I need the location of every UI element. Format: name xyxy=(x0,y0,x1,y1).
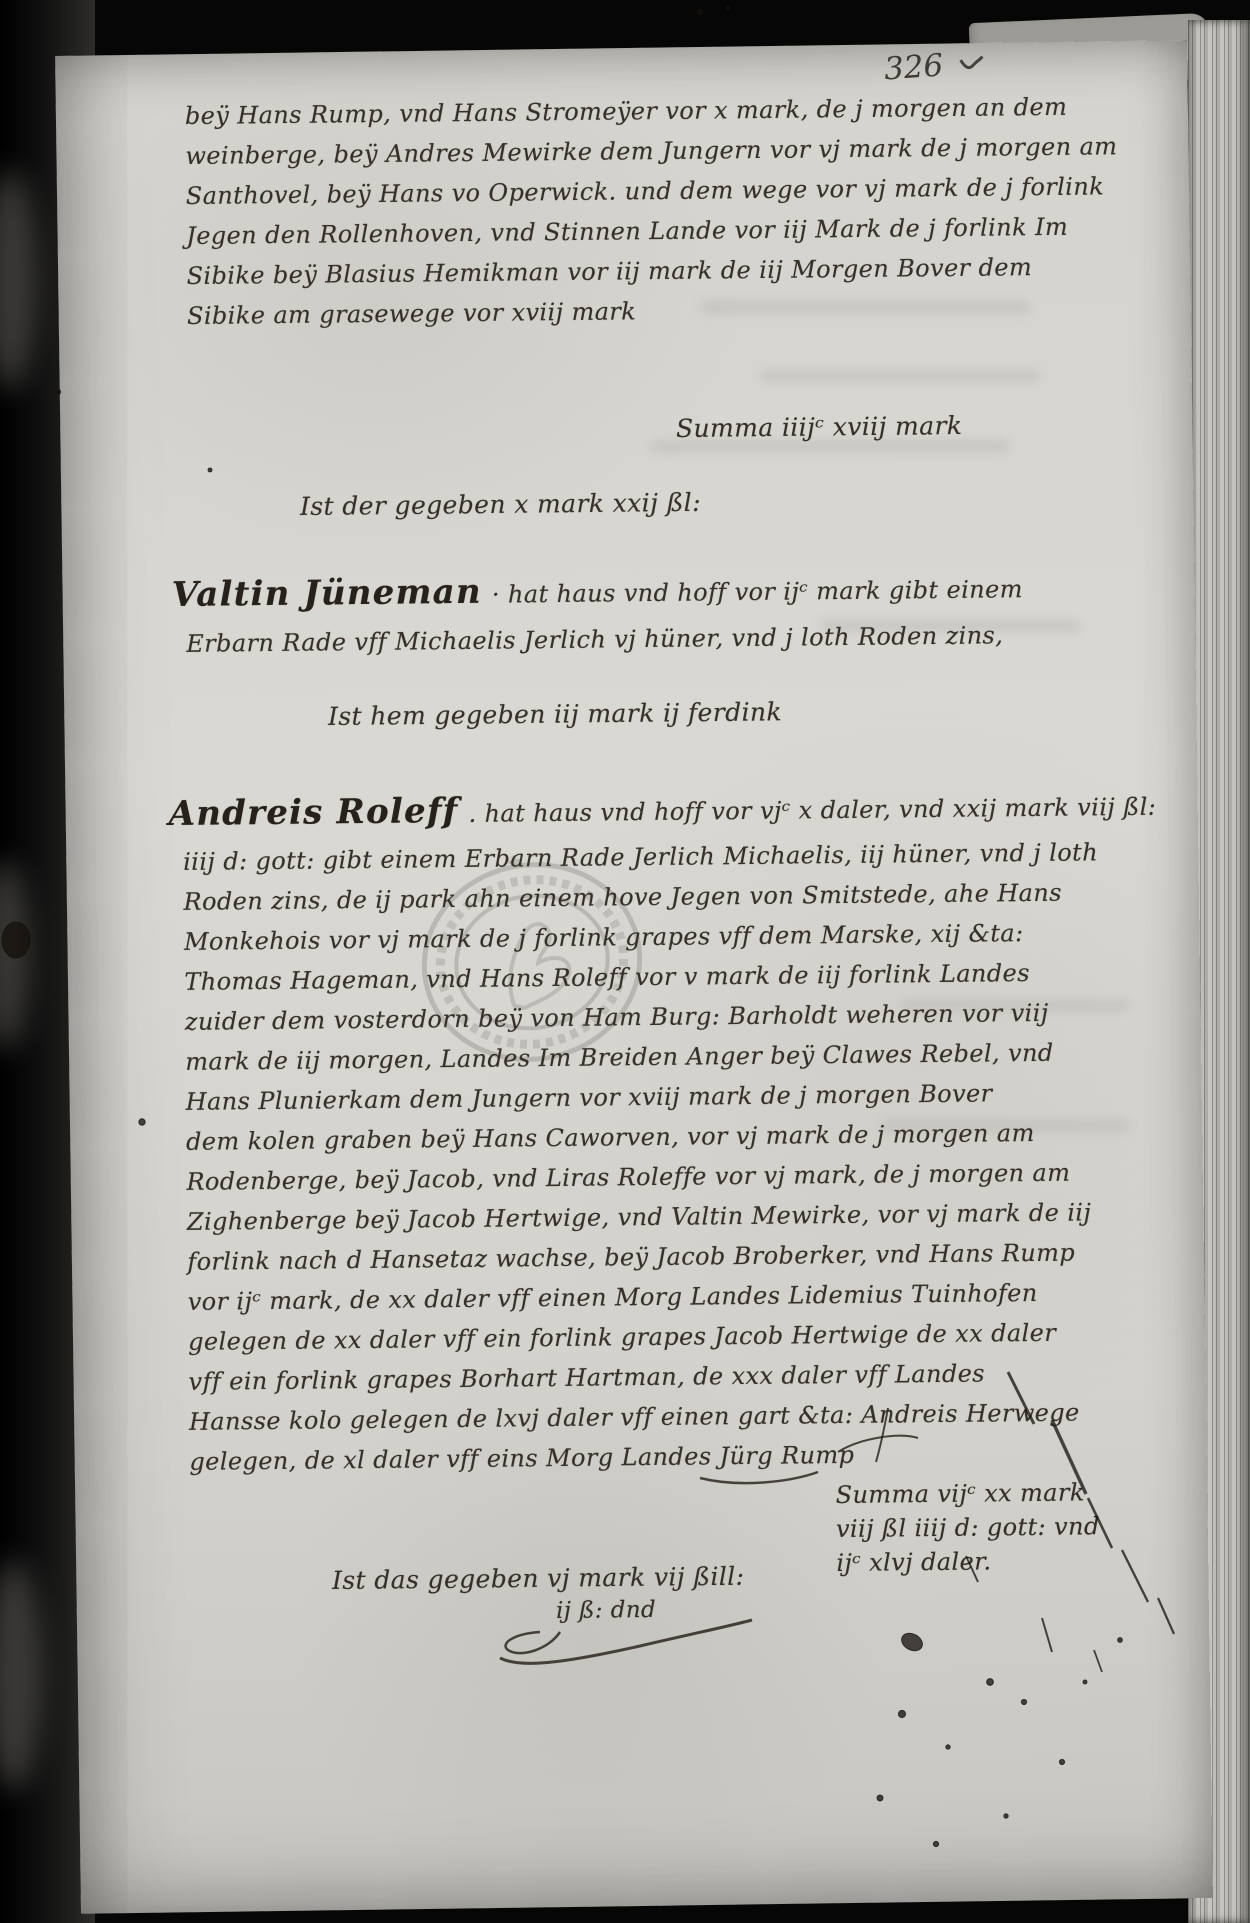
entry-heading: Valtin Jüneman xyxy=(172,572,482,615)
payment-note-3: Ist das gegeben vj mark vij ßill: xyxy=(332,1562,745,1595)
payment-text: ij ß: dnd xyxy=(556,1597,656,1624)
summa-line: ijᶜ xlvj daler. xyxy=(836,1543,1100,1580)
payment-text: Ist hem gegeben iij mark ij ferdink xyxy=(328,697,782,731)
entry-heading: Andreis Roleff xyxy=(168,791,458,834)
summa-line: Summa vijᶜ xx mark xyxy=(835,1475,1099,1512)
summa-block-2: Summa vijᶜ xx mark viij ßl iiij d: gott:… xyxy=(835,1475,1100,1580)
folio-number: 326 xyxy=(883,45,986,88)
summa-line-1: Summa iiijᶜ xviij mark xyxy=(676,411,963,443)
payment-note-2: Ist hem gegeben iij mark ij ferdink xyxy=(328,697,782,731)
entry-valtin-juneman: Valtin Jüneman· hat haus vnd hoff vor ij… xyxy=(171,557,1023,664)
text-block-continuation: beÿ Hans Rump, vnd Hans Stromeÿer vor x … xyxy=(185,86,1120,336)
summa-line: viij ßl iiij d: gott: vnd xyxy=(836,1509,1100,1546)
payment-text: Ist das gegeben vj mark vij ßill: xyxy=(332,1562,745,1595)
manuscript-photo: 326 beÿ Hans Rump, vnd Hans Stromeÿer vo… xyxy=(0,0,1250,1923)
entry-heading-rest: · hat haus vnd hoff vor ijᶜ mark gibt ei… xyxy=(492,575,1023,609)
entry-heading-rest: . hat haus vnd hoff vor vjᶜ x daler, vnd… xyxy=(468,793,1156,828)
payment-note-1: Ist der gegeben x mark xxij ßl: xyxy=(300,488,701,521)
check-mark-icon xyxy=(958,53,985,75)
bleed-through xyxy=(760,370,1040,382)
summa-text: Summa iiijᶜ xviij mark xyxy=(676,411,963,443)
payment-text: Ist der gegeben x mark xxij ßl: xyxy=(300,488,701,521)
folio-number-text: 326 xyxy=(883,47,945,87)
entry-andreis-roleff: Andreis Roleff. hat haus vnd hoff vor vj… xyxy=(168,776,1163,1482)
payment-note-3b: ij ß: dnd xyxy=(556,1597,656,1624)
